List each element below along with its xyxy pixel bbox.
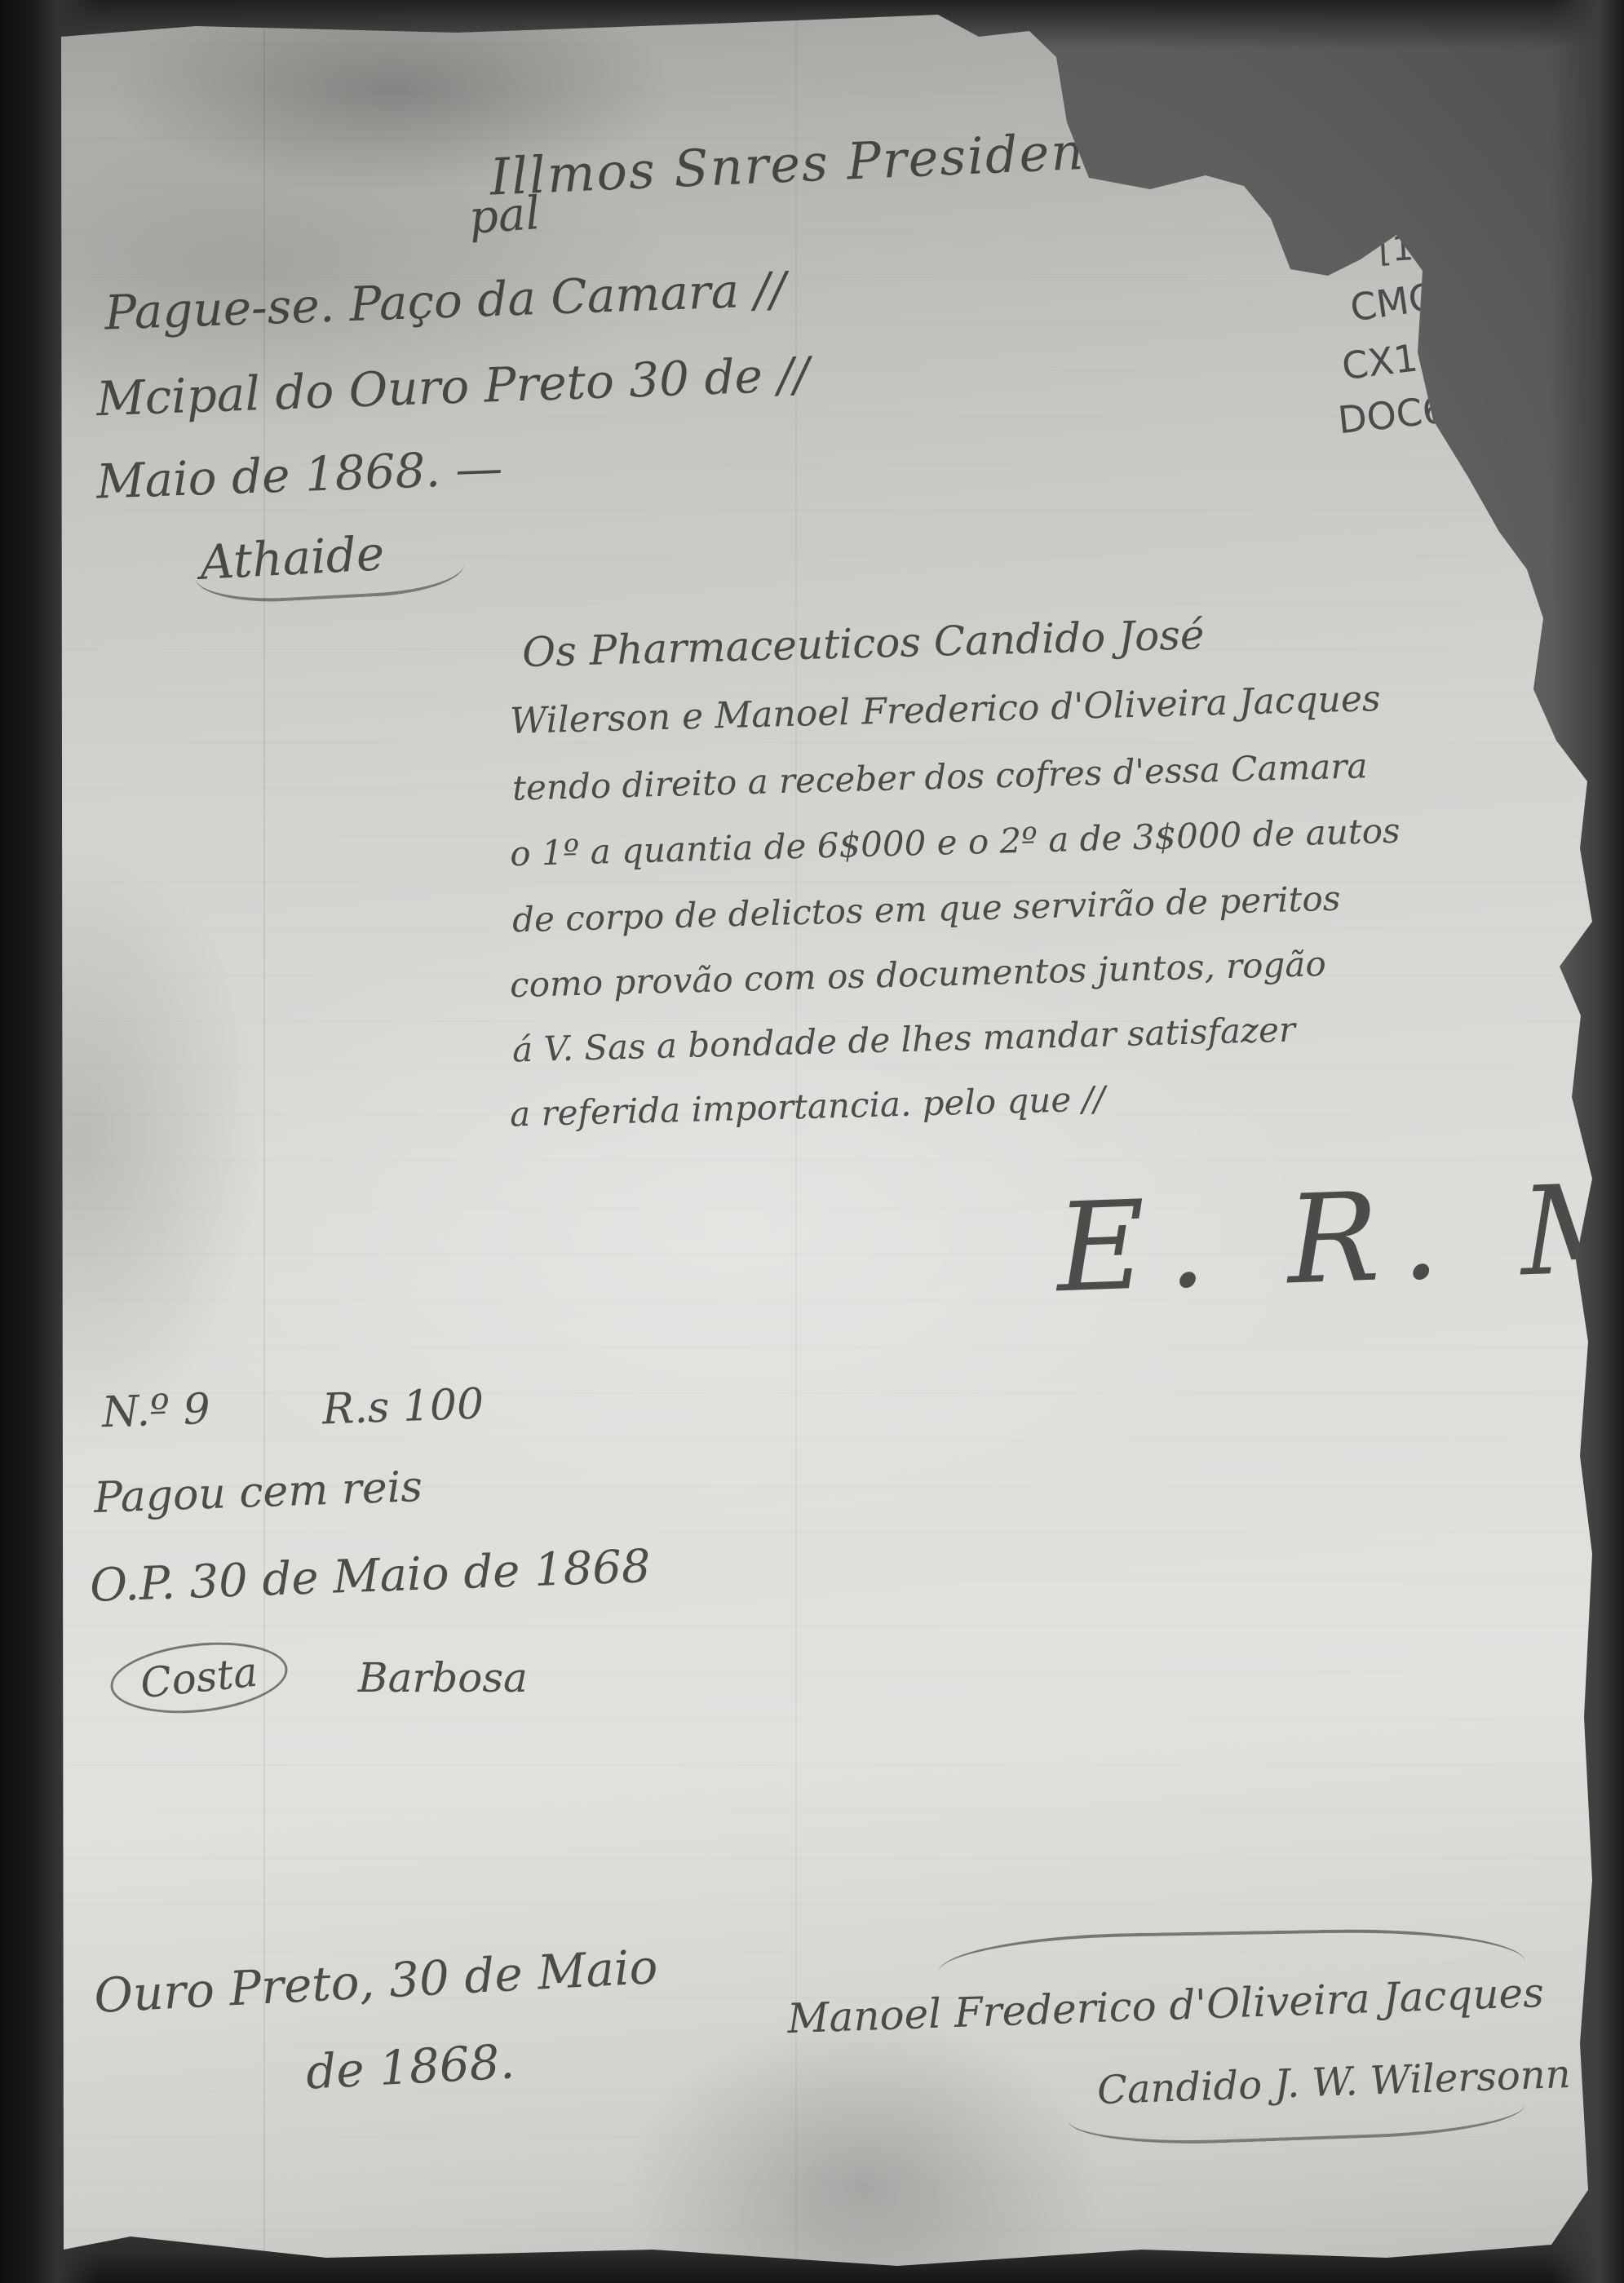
signature-second: Candido J. W. Wilersonn	[1096, 2051, 1571, 2113]
despatch-line2: Mcipal do Ouro Preto 30 de //	[95, 347, 810, 427]
receipt-amount: R.s 100	[321, 1380, 485, 1435]
receipt-signature-circled: Costa	[107, 1635, 291, 1721]
header-address-line1: Illmos Snres Presidentes da Camara Muni	[489, 97, 1624, 206]
crease-line-left	[263, 0, 265, 2283]
body-line-6: como provão com os documentos juntos, ro…	[510, 944, 1327, 1005]
body-line-3: tendo direito a receber dos cofres d'ess…	[512, 746, 1369, 807]
body-line-7: á V. Sas a bondade de lhes mandar satisf…	[512, 1009, 1296, 1069]
paper-sheet: Illmos Snres Presidentes da Camara Muni …	[0, 0, 1624, 2283]
document-scan: Illmos Snres Presidentes da Camara Muni …	[0, 0, 1624, 2283]
archive-page-mark: [1]	[1378, 227, 1428, 269]
archive-fonds-code: CMOP14	[1347, 268, 1480, 330]
body-line-4: o 1º a quantia de 6$000 e o 2º a de 3$00…	[510, 811, 1401, 874]
body-line-5: de corpo de delictos em que servirão de …	[512, 878, 1341, 940]
archive-fraction-bottom: 4	[1463, 289, 1480, 311]
despatch-line3: Maio de 1868. —	[95, 440, 503, 509]
receipt-line3: O.P. 30 de Maio de 1868	[89, 1540, 652, 1613]
despatch-line1: Pague-se. Paço da Camara //	[104, 261, 787, 340]
dateline-line2: de 1868.	[304, 2033, 516, 2099]
header-address-line2: pal	[467, 187, 542, 245]
signature-flourish-top	[938, 1927, 1526, 1973]
archive-fraction-top: 1	[1460, 268, 1476, 290]
signature-first: Manoel Frederico d'Oliveira Jacques	[786, 1969, 1544, 2042]
crease-line-right	[795, 0, 797, 2283]
body-line-2: Wilerson e Manoel Frederico d'Oliveira J…	[510, 678, 1382, 742]
archive-fonds-label: CMOP	[1347, 271, 1463, 330]
receipt-number: N.º 9	[101, 1385, 211, 1438]
body-line-8: a referida importancia. pelo que //	[509, 1078, 1105, 1134]
dateline-line1: Ouro Preto, 30 de Maio	[93, 1939, 659, 2024]
archive-box-code: CX11	[1339, 333, 1444, 388]
courtesy-formula: E. R. M.	[1054, 1155, 1624, 1321]
archive-fraction: 14	[1460, 268, 1480, 312]
receipt-line2: Pagou cem reis	[93, 1462, 423, 1523]
body-line-1: Os Pharmaceuticos Candido José	[521, 611, 1205, 676]
receipt-signature: Costa Barbosa	[110, 1644, 528, 1712]
receipt-signature-right: Barbosa	[358, 1654, 528, 1701]
archive-doc-code: DOC68	[1336, 385, 1472, 443]
